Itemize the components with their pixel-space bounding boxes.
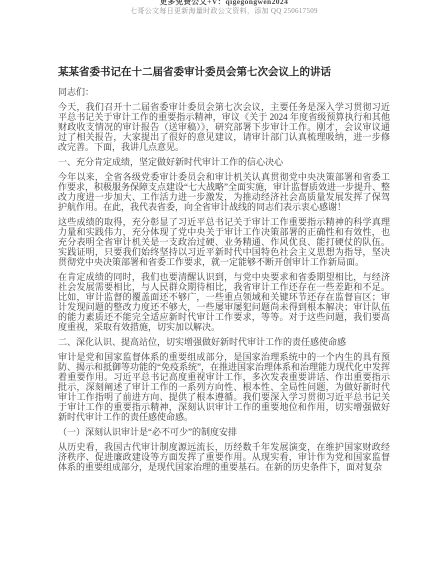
- section-heading-2: 二、深化认识、提高站位，切实增强做好新时代审计工作的责任感使命感: [58, 337, 390, 347]
- document-page: 更多免费公文+V：qigegongwen2024 七哥公文每日更新海量时政公文资…: [0, 0, 448, 580]
- sub-heading-1: （一）深刻认识审计是“必不可少”的制度安排: [58, 427, 390, 437]
- promo-header: 更多免费公文+V：qigegongwen2024 七哥公文每日更新海量时政公文资…: [58, 0, 390, 15]
- paragraph-audit-role: 审计是党和国家监督体系的重要组成部分，是国家治理系统中的一个内生的具有预防、揭示…: [58, 352, 390, 422]
- paragraph-achievements: 今年以来，全省各级党委审计委员会和审计机关认真贯彻党中央决策部署和省委工作要求，…: [58, 172, 390, 212]
- paragraph-opening: 今天，我们召开十二届省委审计委员会第七次会议，主要任务是深入学习贯彻习近平总书记…: [58, 102, 390, 152]
- paragraph-history: 从历史看，我国古代审计制度源远流长，历经数千年发展演变，在维护国家财政经济秩序、…: [58, 442, 390, 472]
- salutation: 同志们：: [58, 87, 390, 97]
- promo-line-2: 七哥公文每日更新海量时政公文资料，添加 QQ 250617509: [58, 7, 390, 15]
- promo-line-1: 更多免费公文+V：qigegongwen2024: [58, 0, 390, 6]
- document-title: 某某省委书记在十二届省委审计委员会第七次会议上的讲话: [58, 67, 390, 79]
- section-heading-1: 一、充分肯定成绩，坚定做好新时代审计工作的信心决心: [58, 157, 390, 167]
- paragraph-shortcomings: 在肯定成绩的同时，我们也要清醒认识到，与党中央要求和省委期望相比，与经济社会发展…: [58, 272, 390, 332]
- paragraph-significance: 这些成绩的取得，充分彰显了习近平总书记关于审计工作重要指示精神的科学真理力量和实…: [58, 217, 390, 267]
